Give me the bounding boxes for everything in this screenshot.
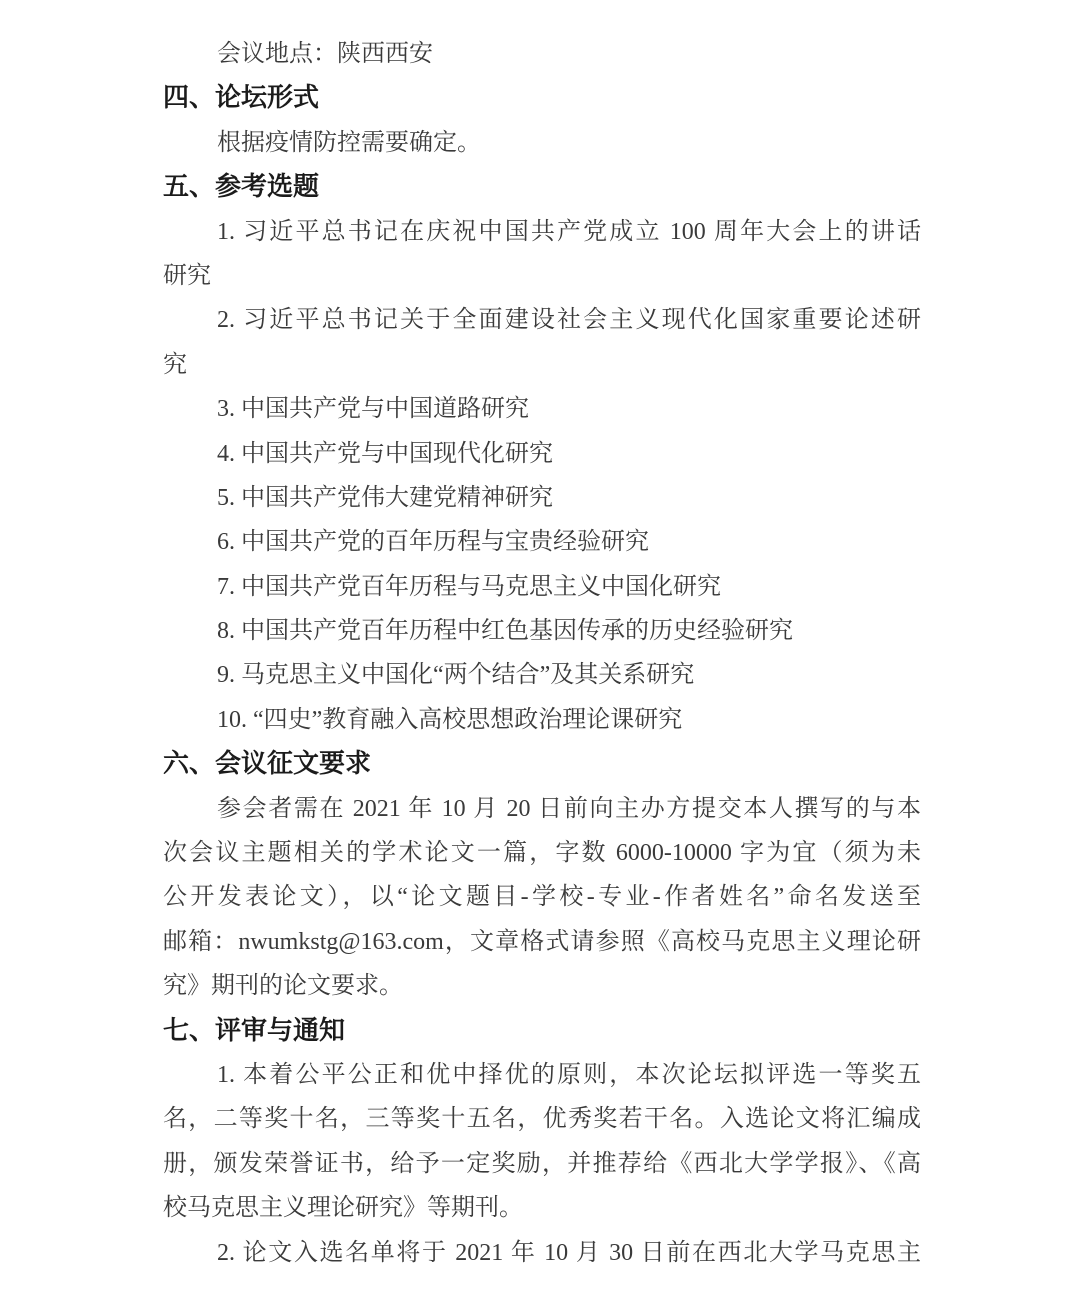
text-line: 6. 中国共产党的百年历程与宝贵经验研究 <box>163 520 921 564</box>
text-line: 邮箱：nwumkstg@163.com，文章格式请参照《高校马克思主义理论研 <box>163 920 921 964</box>
section-heading: 六、会议征文要求 <box>163 742 921 786</box>
section-heading: 五、参考选题 <box>163 165 921 209</box>
text-line: 7. 中国共产党百年历程与马克思主义中国化研究 <box>163 565 921 609</box>
text-line: 研究 <box>163 254 921 298</box>
text-line: 2. 习近平总书记关于全面建设社会主义现代化国家重要论述研 <box>163 298 921 342</box>
text-line: 1. 习近平总书记在庆祝中国共产党成立 100 周年大会上的讲话 <box>163 210 921 254</box>
text-line: 10. “四史”教育融入高校思想政治理论课研究 <box>163 698 921 742</box>
text-line: 究》期刊的论文要求。 <box>163 964 921 1008</box>
text-line: 1. 本着公平公正和优中择优的原则，本次论坛拟评选一等奖五 <box>163 1053 921 1097</box>
text-line: 次会议主题相关的学术论文一篇，字数 6000-10000 字为宜（须为未 <box>163 831 921 875</box>
text-line: 册，颁发荣誉证书，给予一定奖励，并推荐给《西北大学学报》、《高 <box>163 1142 921 1186</box>
document-body: 会议地点：陕西西安四、论坛形式根据疫情防控需要确定。五、参考选题1. 习近平总书… <box>163 32 921 1275</box>
text-line: 参会者需在 2021 年 10 月 20 日前向主办方提交本人撰写的与本 <box>163 787 921 831</box>
document-page: 会议地点：陕西西安四、论坛形式根据疫情防控需要确定。五、参考选题1. 习近平总书… <box>0 0 1080 1305</box>
text-line: 名，二等奖十名，三等奖十五名，优秀奖若干名。入选论文将汇编成 <box>163 1097 921 1141</box>
text-line: 8. 中国共产党百年历程中红色基因传承的历史经验研究 <box>163 609 921 653</box>
text-line: 公开发表论文），以“论文题目-学校-专业-作者姓名”命名发送至 <box>163 875 921 919</box>
text-line: 究 <box>163 343 921 387</box>
text-line: 3. 中国共产党与中国道路研究 <box>163 387 921 431</box>
text-line: 4. 中国共产党与中国现代化研究 <box>163 432 921 476</box>
text-line: 根据疫情防控需要确定。 <box>163 121 921 165</box>
text-line: 9. 马克思主义中国化“两个结合”及其关系研究 <box>163 653 921 697</box>
text-line: 5. 中国共产党伟大建党精神研究 <box>163 476 921 520</box>
text-line: 会议地点：陕西西安 <box>163 32 921 76</box>
section-heading: 四、论坛形式 <box>163 76 921 120</box>
text-line: 2. 论文入选名单将于 2021 年 10 月 30 日前在西北大学马克思主 <box>163 1231 921 1275</box>
section-heading: 七、评审与通知 <box>163 1009 921 1053</box>
text-line: 校马克思主义理论研究》等期刊。 <box>163 1186 921 1230</box>
